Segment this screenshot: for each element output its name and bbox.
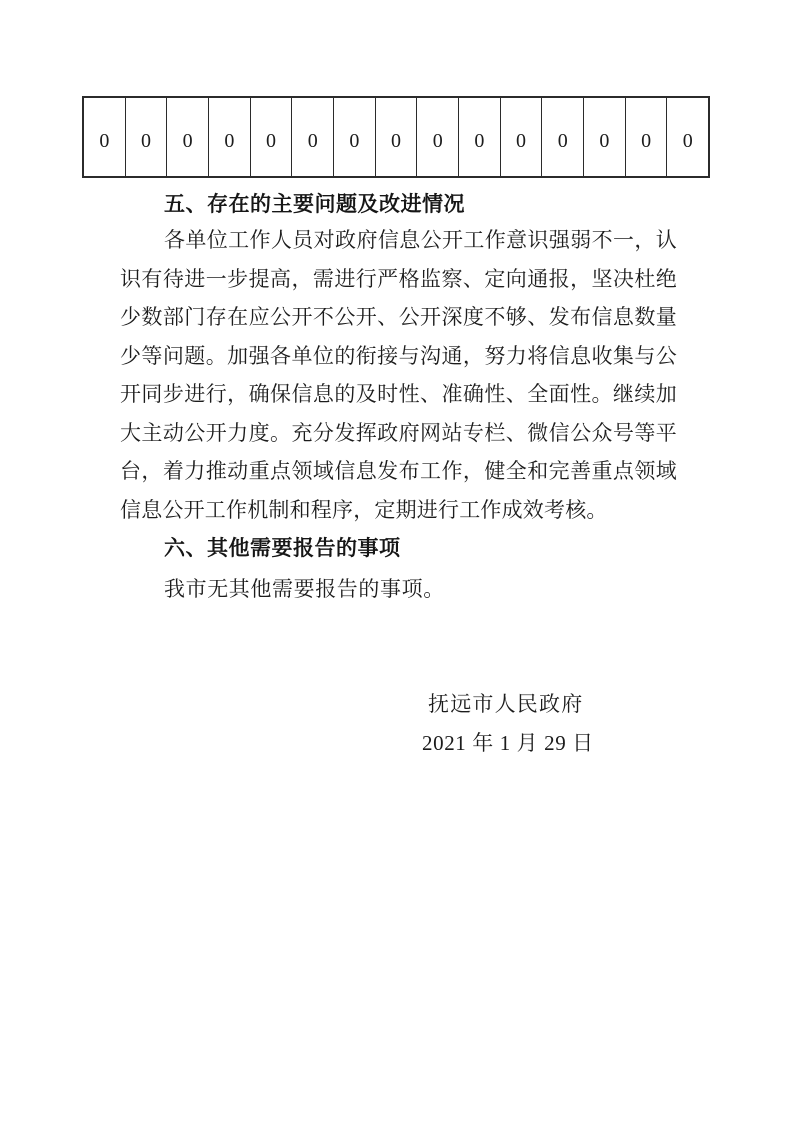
paragraph-line: 各单位工作人员对政府信息公开工作意识强弱不一，认 bbox=[120, 229, 677, 252]
paragraph-line: 识有待进一步提高，需进行严格监察、定向通报，坚决杜绝 bbox=[120, 268, 677, 291]
paragraph-line: 大主动公开力度。充分发挥政府网站专栏、微信公众号等平 bbox=[120, 422, 677, 445]
table-cell: 0 bbox=[125, 98, 167, 176]
table-cell: 0 bbox=[333, 98, 375, 176]
table-cell: 0 bbox=[375, 98, 417, 176]
statistics-table-row: 0 0 0 0 0 0 0 0 0 0 0 0 0 0 0 bbox=[82, 96, 710, 178]
paragraph-line: 开同步进行，确保信息的及时性、准确性、全面性。继续加 bbox=[120, 383, 677, 406]
table-cell: 0 bbox=[458, 98, 500, 176]
paragraph-line: 信息公开工作机制和程序，定期进行工作成效考核。 bbox=[120, 499, 677, 522]
table-cell: 0 bbox=[541, 98, 583, 176]
table-cell: 0 bbox=[208, 98, 250, 176]
table-cell: 0 bbox=[166, 98, 208, 176]
section-heading-six: 六、其他需要报告的事项 bbox=[164, 537, 401, 560]
paragraph-line: 少数部门存在应公开不公开、公开深度不够、发布信息数量 bbox=[120, 306, 677, 329]
table-cell: 0 bbox=[250, 98, 292, 176]
document-page: 0 0 0 0 0 0 0 0 0 0 0 0 0 0 0 五、存在的主要问题及… bbox=[0, 0, 793, 1122]
signature-issuer: 抚远市人民政府 bbox=[428, 693, 583, 716]
paragraph-line: 台，着力推动重点领域信息发布工作，健全和完善重点领域 bbox=[120, 460, 677, 483]
other-items-text: 我市无其他需要报告的事项。 bbox=[164, 578, 445, 601]
signature-date: 2021 年 1 月 29 日 bbox=[422, 732, 594, 755]
table-cell: 0 bbox=[291, 98, 333, 176]
table-cell: 0 bbox=[416, 98, 458, 176]
table-cell: 0 bbox=[625, 98, 667, 176]
table-cell: 0 bbox=[500, 98, 542, 176]
paragraph-line: 少等问题。加强各单位的衔接与沟通，努力将信息收集与公 bbox=[120, 345, 677, 368]
table-cell: 0 bbox=[84, 98, 125, 176]
section-heading-five: 五、存在的主要问题及改进情况 bbox=[164, 193, 465, 216]
table-cell: 0 bbox=[666, 98, 708, 176]
table-cell: 0 bbox=[583, 98, 625, 176]
